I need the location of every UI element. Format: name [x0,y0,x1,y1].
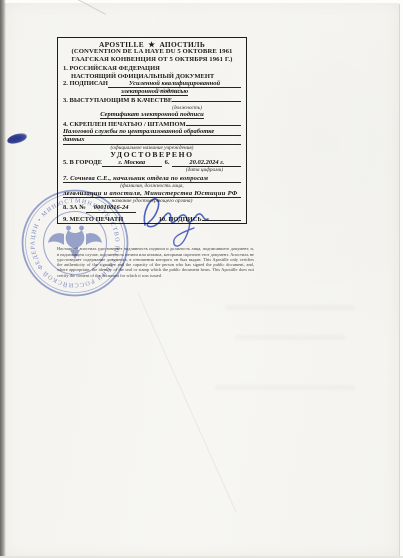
certified-heading: УДОСТОВЕРЕНО [63,151,241,159]
field-2-label: 2. ПОДПИСАН [63,80,108,87]
field-4-blank-line [186,119,241,126]
bleed-through-mark [225,305,355,310]
field-2-value-1: Усиленной квалифицированной [108,80,241,88]
field-2-signed: 2. ПОДПИСАН Усиленной квалифицированной [63,80,241,88]
field-3-blank-line [172,95,241,102]
field-7-value-1: 7. Сочнева С.Е., начальник отдела по воп… [63,175,208,182]
field-5-value: г. Москва [102,159,162,167]
field-2-hint: (подписью) [156,88,181,94]
bleed-through-mark [215,385,355,390]
field-4-label: 4. СКРЕПЛЕН ПЕЧАТЬЮ / ШТАМПОМ [63,121,186,128]
scan-left-edge [0,0,6,558]
convention-line-ru: ГААГСКАЯ КОНВЕНЦИЯ ОТ 5 ОКТЯБРЯ 1961 Г.) [63,56,241,63]
field-1-text: НАСТОЯЩИЙ ОФИЦИАЛЬНЫЙ ДОКУМЕНТ [63,73,241,80]
convention-line-fr: (CONVENTION DE LA HAYE DU 5 OKTOBRE 1961 [63,48,241,55]
field-4-seal: 4. СКРЕПЛЕН ПЕЧАТЬЮ / ШТАМПОМ [63,119,241,128]
bleed-through-mark [235,335,345,340]
ministry-seal-stamp: МИНИСТЕРСТВО ЮСТИЦИИ РОССИЙСКОЙ ФЕДЕРАЦИ… [18,186,132,300]
scan-right-edge [399,4,401,556]
field-6-hint: (дата цифрами) [63,167,241,173]
field-6-label: 6. [162,159,173,166]
scanned-page: APOSTILLE ★ АПОСТИЛЬ (CONVENTION DE LA H… [0,0,403,558]
field-4-value-1: Налоговой службы по централизованной обр… [63,128,214,135]
field-4-value-row1: Налоговой службы по централизованной обр… [63,128,241,136]
field-3-value-row: Сертификат электронной подписи [63,111,241,118]
field-1-country: 1. РОССИЙСКАЯ ФЕДЕРАЦИЯ [63,65,241,72]
field-4-value-row2: данных [63,136,241,144]
field-3-capacity: 3. ВЫСТУПАЮЩИМ В КАЧЕСТВЕ [63,95,241,104]
field-7-value-row1: 7. Сочнева С.Е., начальник отдела по воп… [63,175,241,183]
apostille-title: APOSTILLE ★ АПОСТИЛЬ [63,41,241,48]
double-eagle-emblem [48,226,102,259]
field-3-label: 3. ВЫСТУПАЮЩИМ В КАЧЕСТВЕ [63,97,172,104]
field-2-value-row: электронной подписью (подписью) [63,88,241,95]
field-4-value-2: данных [63,136,84,143]
field-3-value: Сертификат электронной подписи [100,111,203,119]
field-5-label: 5. В ГОРОДЕ [63,159,102,166]
signature [137,189,219,249]
